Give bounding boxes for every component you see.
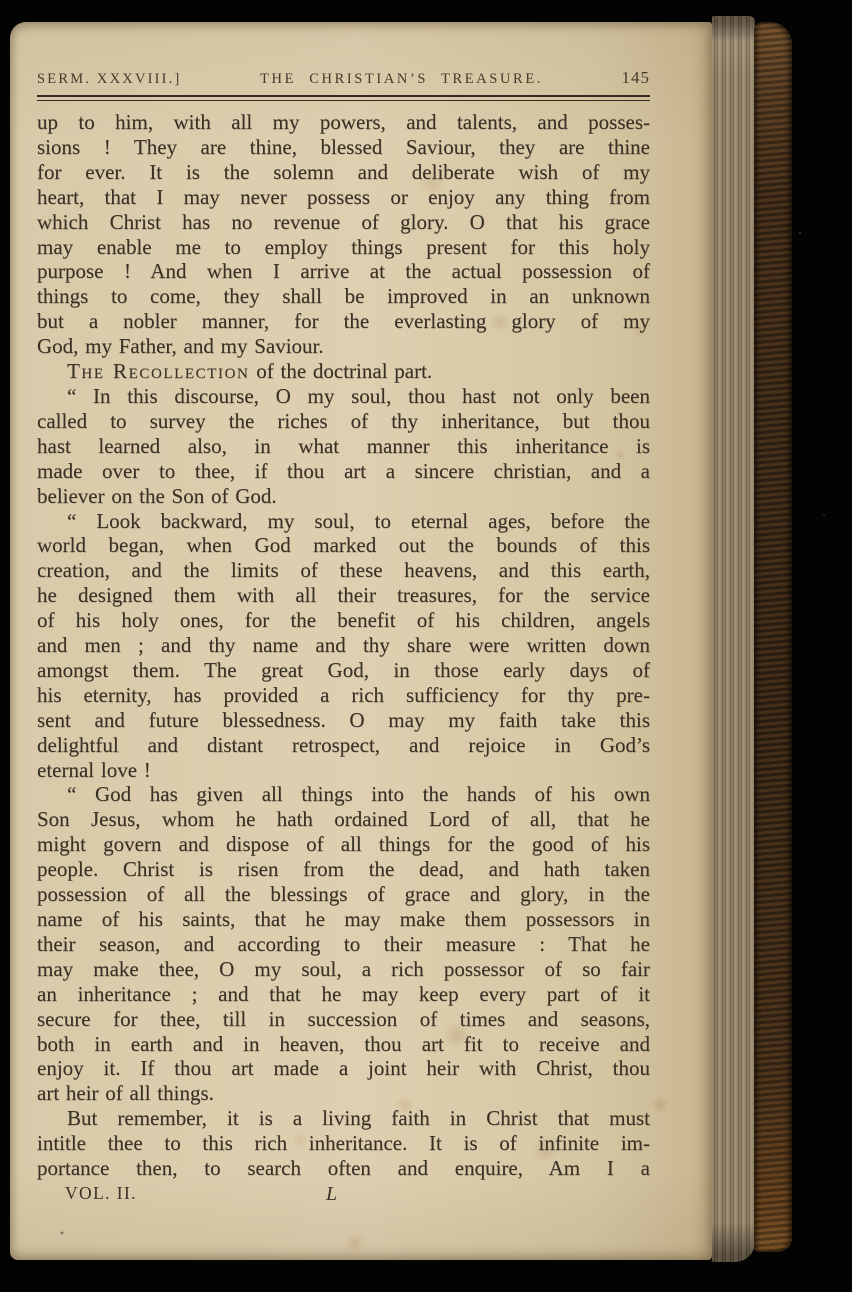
book-page: SERM. XXXVIII.] THE CHRISTIAN’S TREASURE… [10, 22, 712, 1260]
text-line: eternal love ! [37, 758, 650, 783]
text-line: sions ! They are thine, blessed Saviour,… [37, 135, 650, 160]
photo-background: SERM. XXXVIII.] THE CHRISTIAN’S TREASURE… [0, 0, 852, 1292]
text-line: an inheritance ; and that he may keep ev… [37, 982, 650, 1007]
paragraph: up to him, with all my powers, and talen… [37, 110, 650, 359]
page-number: 145 [621, 68, 650, 88]
text-line: amongst them. The great God, in those ea… [37, 658, 650, 683]
text-line: art heir of all things. [37, 1081, 650, 1106]
text-line: secure for thee, till in succession of t… [37, 1007, 650, 1032]
text-line: “ God has given all things into the hand… [37, 782, 650, 807]
page-content: SERM. XXXVIII.] THE CHRISTIAN’S TREASURE… [37, 68, 650, 1207]
text-line: might govern and dispose of all things f… [37, 832, 650, 857]
text-line: “ Look backward, my soul, to eternal age… [37, 509, 650, 534]
book-cover-edge [754, 22, 792, 1252]
text-line: he designed them with all their treasure… [37, 583, 650, 608]
text-line: portance then, to search often and enqui… [37, 1156, 650, 1181]
text-line: and men ; and thy name and thy share wer… [37, 633, 650, 658]
text-line: name of his saints, that he may make the… [37, 907, 650, 932]
page-footer: VOL. II. L [37, 1181, 650, 1207]
paragraph: The Recollection of the doctrinal part. [37, 359, 650, 384]
text-line: purpose ! And when I arrive at the actua… [37, 259, 650, 284]
text-line: of his holy ones, for the benefit of his… [37, 608, 650, 633]
text-line: but a nobler manner, for the everlasting… [37, 309, 650, 334]
text-line: sent and future blessedness. O may my fa… [37, 708, 650, 733]
paragraph: “ In this discourse, O my soul, thou has… [37, 384, 650, 509]
paragraph: “ God has given all things into the hand… [37, 782, 650, 1106]
running-header: SERM. XXXVIII.] THE CHRISTIAN’S TREASURE… [37, 68, 650, 88]
text-line: for ever. It is the solemn and deliberat… [37, 160, 650, 185]
text-line: people. Christ is risen from the dead, a… [37, 857, 650, 882]
header-double-rule [37, 95, 650, 101]
sermon-number-label: SERM. XXXVIII.] [37, 71, 182, 88]
text-line: possession of all the blessings of grace… [37, 882, 650, 907]
plain-text: of the doctrinal part. [250, 359, 433, 383]
paragraph: “ Look backward, my soul, to eternal age… [37, 509, 650, 783]
text-line: hast learned also, in what manner this i… [37, 434, 650, 459]
body-text: up to him, with all my powers, and talen… [37, 110, 650, 1181]
text-line: which Christ has no revenue of glory. O … [37, 210, 650, 235]
page-title: THE CHRISTIAN’S TREASURE. [260, 71, 543, 88]
text-line: called to survey the riches of thy inher… [37, 409, 650, 434]
text-line: God, my Father, and my Saviour. [37, 334, 650, 359]
text-line: made over to thee, if thou art a sincere… [37, 459, 650, 484]
text-line: heart, that I may never possess or enjoy… [37, 185, 650, 210]
text-line: creation, and the limits of these heaven… [37, 558, 650, 583]
text-line: both in earth and in heaven, thou art fi… [37, 1032, 650, 1057]
book-fore-edge-pages [712, 16, 755, 1262]
volume-label: VOL. II. [65, 1183, 137, 1203]
text-line: believer on the Son of God. [37, 484, 650, 509]
text-line: their season, and according to their mea… [37, 932, 650, 957]
signature-mark: L [326, 1182, 337, 1207]
text-line: Son Jesus, whom he hath ordained Lord of… [37, 807, 650, 832]
text-line: intitle thee to this rich inheritance. I… [37, 1131, 650, 1156]
text-line: may enable me to employ things present f… [37, 235, 650, 260]
text-line: his eternity, has provided a rich suffic… [37, 683, 650, 708]
text-line: But remember, it is a living faith in Ch… [37, 1106, 650, 1131]
text-line: The Recollection of the doctrinal part. [37, 359, 650, 384]
paragraph: But remember, it is a living faith in Ch… [37, 1106, 650, 1181]
text-line: world began, when God marked out the bou… [37, 533, 650, 558]
text-line: enjoy it. If thou art made a joint heir … [37, 1056, 650, 1081]
text-line: “ In this discourse, O my soul, thou has… [37, 384, 650, 409]
text-line: up to him, with all my powers, and talen… [37, 110, 650, 135]
small-caps-text: The Recollection [67, 359, 250, 383]
text-line: things to come, they shall be improved i… [37, 284, 650, 309]
text-line: may make thee, O my soul, a rich possess… [37, 957, 650, 982]
text-line: delightful and distant retrospect, and r… [37, 733, 650, 758]
